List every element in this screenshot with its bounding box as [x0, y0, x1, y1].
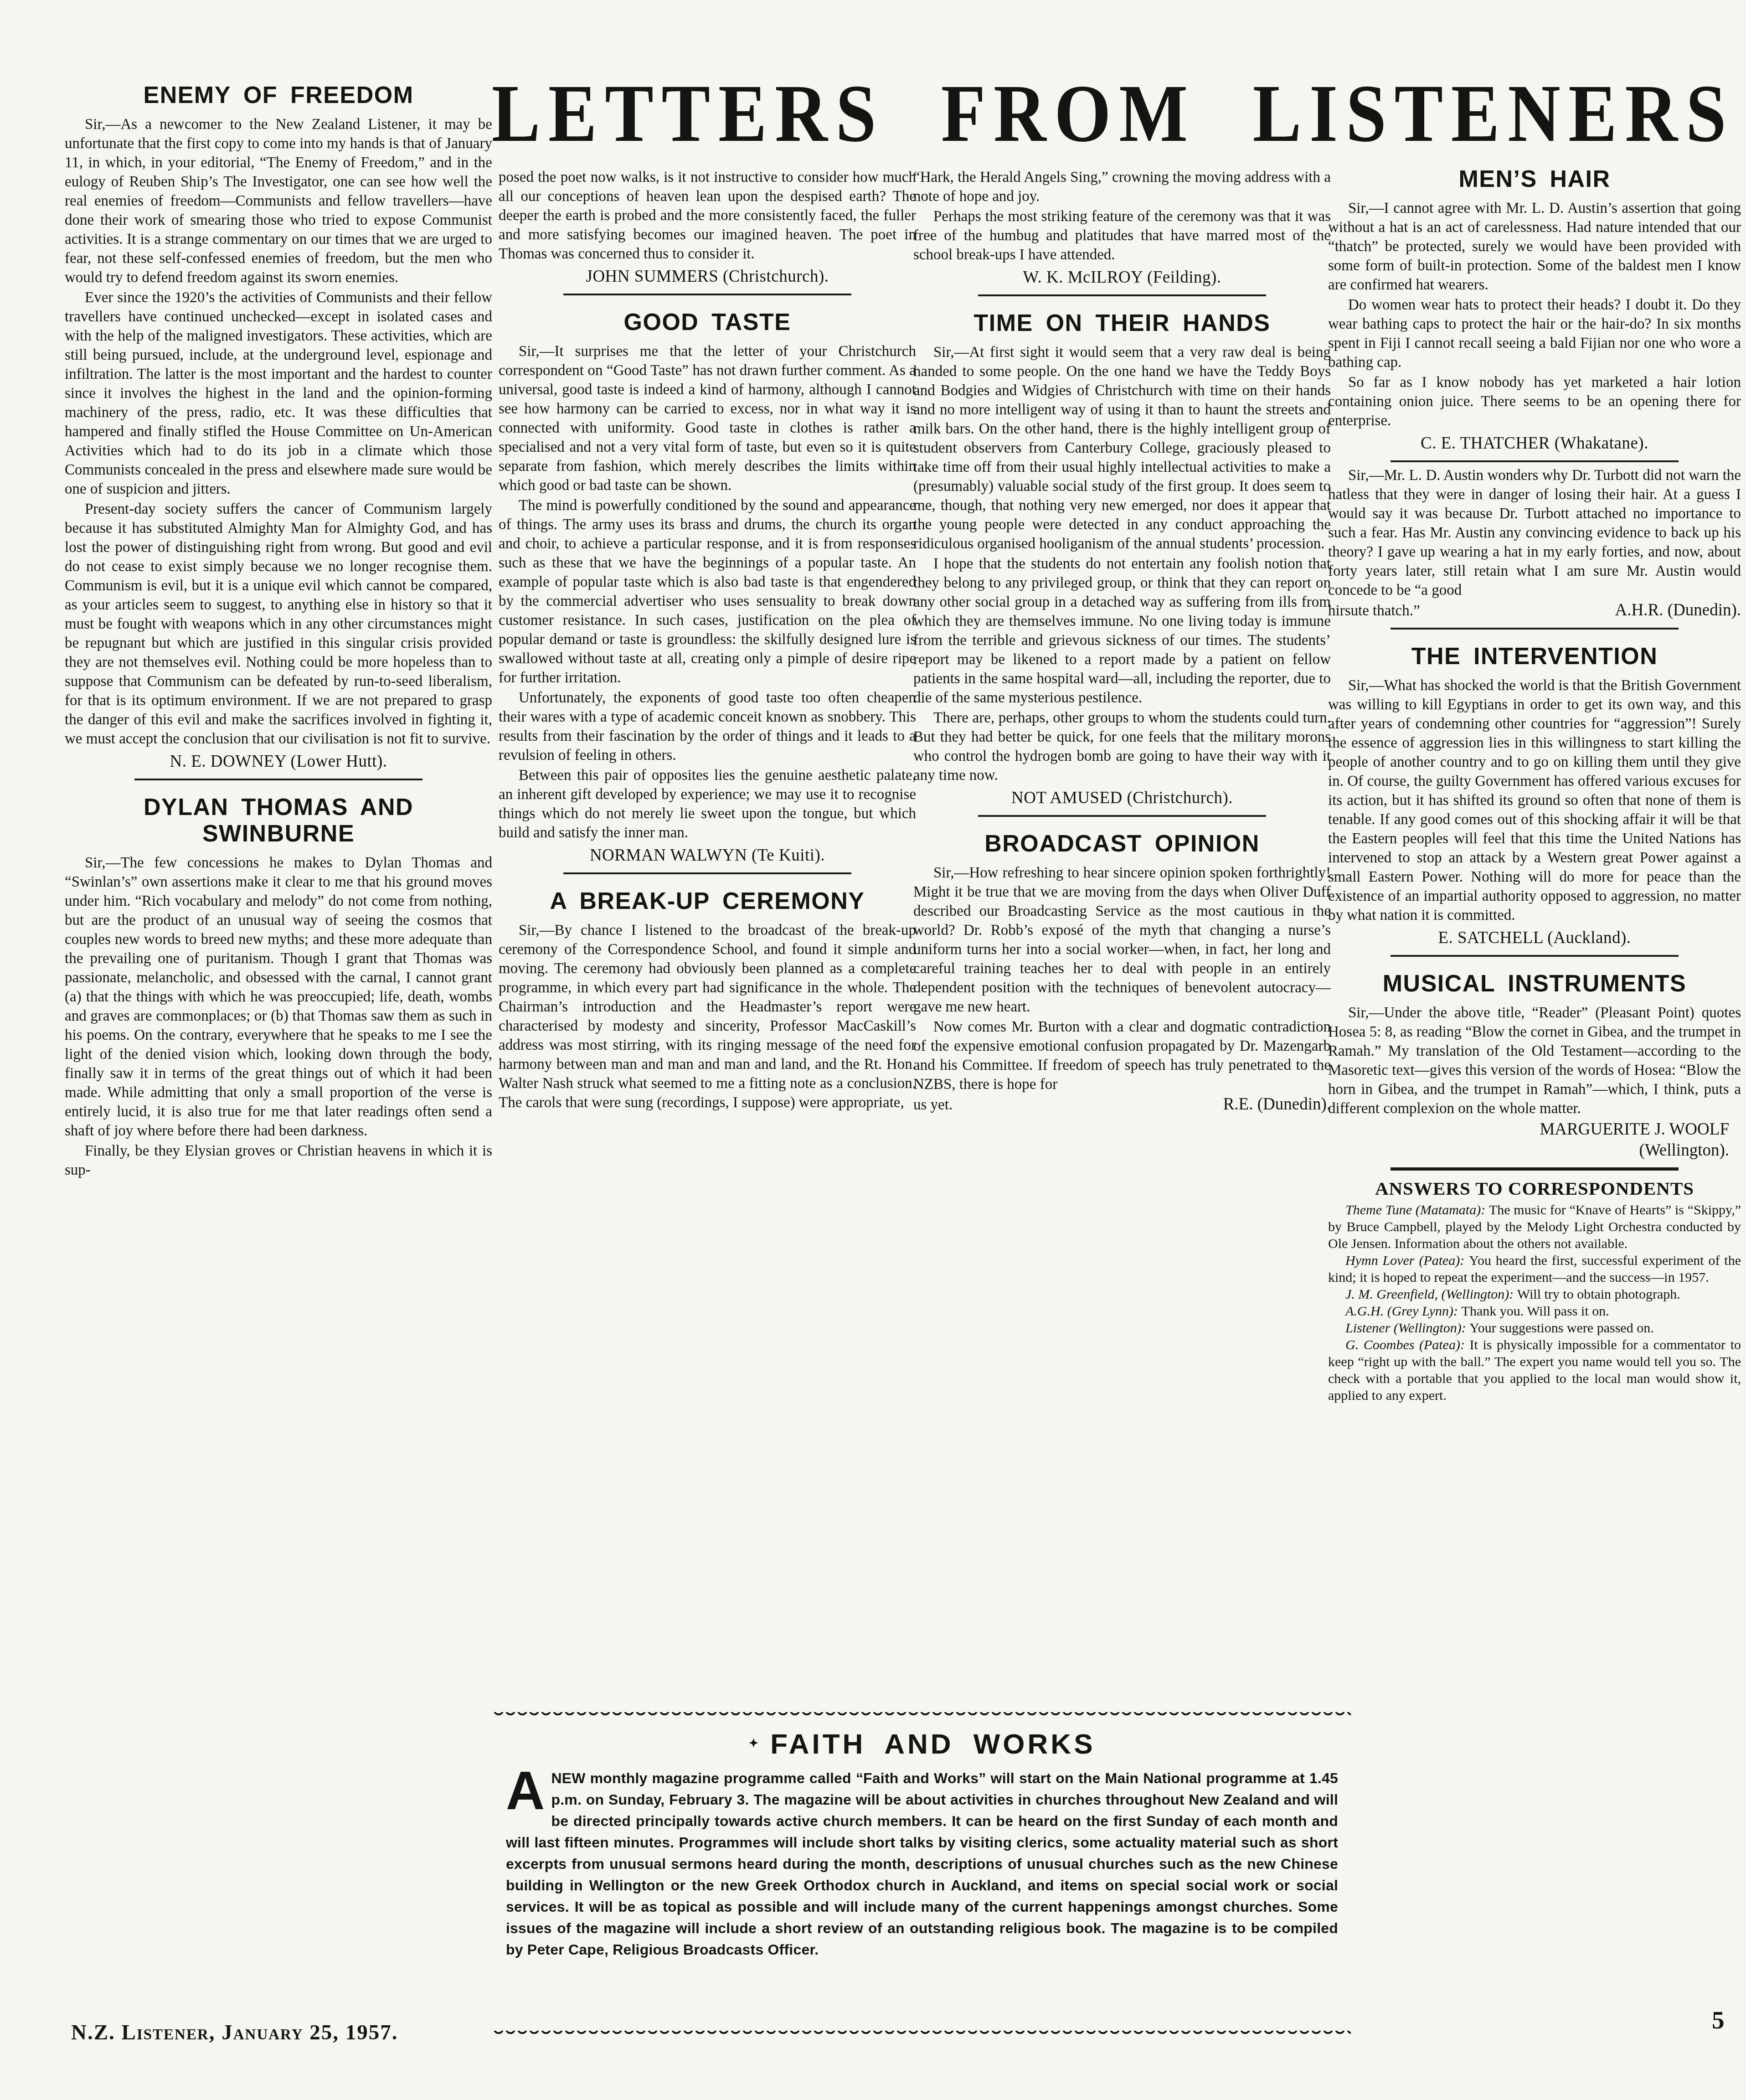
letter-heading: THE INTERVENTION	[1328, 643, 1741, 670]
letter-paragraph: Present-day society suffers the cancer o…	[65, 500, 492, 748]
faith-body: ANEW monthly magazine programme called “…	[506, 1768, 1338, 1961]
answer-correspondent: G. Coombes (Patea):	[1345, 1337, 1469, 1352]
letter-signature: E. SATCHELL (Auckland).	[1328, 929, 1741, 948]
section-rule	[1391, 460, 1679, 462]
letter-paragraph: Perhaps the most striking feature of the…	[913, 207, 1331, 264]
section-rule	[563, 294, 851, 295]
section-rule	[134, 779, 422, 780]
answer-correspondent: J. M. Greenfield, (Wellington):	[1345, 1287, 1517, 1302]
answer-text: Thank you. Will pass it on.	[1462, 1304, 1609, 1319]
letter-heading: DYLAN THOMAS AND SWINBURNE	[65, 794, 492, 847]
answer-correspondent: A.G.H. (Grey Lynn):	[1345, 1304, 1462, 1319]
letter-signature: N. E. DOWNEY (Lower Hutt).	[65, 752, 492, 771]
letter-signature: JOHN SUMMERS (Christchurch).	[499, 267, 916, 286]
letter-paragraph-continued: posed the poet now walks, is it not inst…	[499, 168, 916, 263]
footer-issue-line: N.Z. Listener, January 25, 1957.	[71, 2020, 398, 2045]
letter-broadcast-opinion: BROADCAST OPINION Sir,—How refreshing to…	[913, 831, 1331, 1114]
answer-item: A.G.H. (Grey Lynn): Thank you. Will pass…	[1328, 1303, 1741, 1320]
letter-signature: NORMAN WALWYN (Te Kuiti).	[499, 846, 916, 865]
faith-dropcap: A	[506, 1768, 551, 1811]
page-title: LETTERS FROM LISTENERS	[484, 67, 1742, 170]
answer-item: Hymn Lover (Patea): You heard the first,…	[1328, 1252, 1741, 1286]
letter-heading: MUSICAL INSTRUMENTS	[1328, 970, 1741, 997]
answer-text: Will try to obtain photograph.	[1517, 1287, 1680, 1302]
answer-item: Listener (Wellington): Your suggestions …	[1328, 1320, 1741, 1336]
letter-paragraph: Sir,—By chance I listened to the broadca…	[499, 921, 916, 1112]
answer-item: G. Coombes (Patea): It is physically imp…	[1328, 1336, 1741, 1404]
ornament-icon: ✦	[748, 1736, 758, 1750]
letter-paragraph: Sir,—What has shocked the world is that …	[1328, 676, 1741, 925]
section-rule	[1391, 955, 1679, 957]
letter-signature: A.H.R. (Dunedin).	[1615, 601, 1741, 620]
letter-heading: BROADCAST OPINION	[913, 831, 1331, 857]
letter-paragraph: Sir,—The few concessions he makes to Dyl…	[65, 853, 492, 1140]
paragraph-last-line: us yet.	[913, 1095, 953, 1114]
letter-heading: GOOD TASTE	[499, 309, 916, 335]
letter-enemy-of-freedom: ENEMY OF FREEDOM Sir,—As a newcomer to t…	[65, 82, 492, 780]
section-rule	[1391, 628, 1679, 629]
newspaper-page: LETTERS FROM LISTENERS ENEMY OF FREEDOM …	[0, 0, 1746, 2100]
letter-heading: A BREAK-UP CEREMONY	[499, 888, 916, 914]
section-rule	[1391, 1167, 1679, 1171]
answer-correspondent: Listener (Wellington):	[1345, 1321, 1469, 1336]
column-3: “Hark, the Herald Angels Sing,” crowning…	[913, 168, 1331, 1703]
letter-paragraph: I hope that the students do not entertai…	[913, 554, 1331, 707]
page-number: 5	[1712, 2006, 1725, 2034]
letter-paragraph: Sir,—How refreshing to hear sincere opin…	[913, 863, 1331, 1016]
letter-signature: MARGUERITE J. WOOLF	[1328, 1120, 1729, 1139]
faith-title: FAITH AND WORKS	[770, 1729, 1095, 1760]
letter-signature: R.E. (Dunedin).	[1223, 1095, 1331, 1114]
letter-heading-line: SWINBURNE	[202, 820, 355, 847]
letter-paragraph: Sir,—It surprises me that the letter of …	[499, 342, 916, 495]
answers-heading: ANSWERS TO CORRESPONDENTS	[1328, 1179, 1741, 1198]
answer-correspondent: Theme Tune (Matamata):	[1345, 1202, 1489, 1218]
letter-heading: TIME ON THEIR HANDS	[913, 310, 1331, 336]
letter-paragraph: Now comes Mr. Burton with a clear and do…	[913, 1017, 1331, 1094]
letter-signature: (Wellington).	[1328, 1141, 1729, 1160]
section-rule	[978, 815, 1266, 817]
letter-paragraph: Ever since the 1920’s the activities of …	[65, 288, 492, 499]
letter-heading: ENEMY OF FREEDOM	[65, 82, 492, 108]
letter-signature: W. K. McILROY (Feilding).	[913, 268, 1331, 287]
answer-item: Theme Tune (Matamata): The music for “Kn…	[1328, 1202, 1741, 1252]
section-rule	[978, 294, 1266, 296]
letter-heading-line: DYLAN THOMAS AND	[144, 794, 413, 820]
answers-to-correspondents: ANSWERS TO CORRESPONDENTS Theme Tune (Ma…	[1328, 1179, 1741, 1404]
signature-line: us yet. R.E. (Dunedin).	[913, 1095, 1331, 1114]
signature-line: hirsute thatch.” A.H.R. (Dunedin).	[1328, 601, 1741, 620]
letter-paragraph-continued: “Hark, the Herald Angels Sing,” crowning…	[913, 168, 1331, 206]
letter-musical-instruments: MUSICAL INSTRUMENTS Sir,—Under the above…	[1328, 970, 1741, 1171]
section-rule	[563, 872, 851, 874]
faith-and-works-box: ✦FAITH AND WORKS ANEW monthly magazine p…	[493, 1712, 1351, 2038]
letter-signature: C. E. THATCHER (Whakatane).	[1328, 434, 1741, 453]
answer-text: Your suggestions were passed on.	[1469, 1321, 1653, 1336]
wavy-rule-top	[493, 1712, 1351, 1718]
letter-paragraph: Sir,—As a newcomer to the New Zealand Li…	[65, 115, 492, 287]
column-1: ENEMY OF FREEDOM Sir,—As a newcomer to t…	[65, 81, 492, 2009]
letter-paragraph: Unfortunately, the exponents of good tas…	[499, 688, 916, 765]
letter-paragraph: Do women wear hats to protect their head…	[1328, 295, 1741, 372]
letter-paragraph: The mind is powerfully conditioned by th…	[499, 496, 916, 687]
faith-heading: ✦FAITH AND WORKS	[493, 1727, 1351, 1760]
letter-paragraph: Sir,—At first sight it would seem that a…	[913, 343, 1331, 553]
letter-paragraph: So far as I know nobody has yet marketed…	[1328, 373, 1741, 430]
letter-heading: MEN’S HAIR	[1328, 166, 1741, 192]
wavy-rule-bottom	[493, 2031, 1351, 2037]
letter-good-taste: GOOD TASTE Sir,—It surprises me that the…	[499, 309, 916, 874]
column-4: MEN’S HAIR Sir,—I cannot agree with Mr. …	[1328, 165, 1741, 2018]
letter-paragraph: There are, perhaps, other groups to whom…	[913, 708, 1331, 785]
column-2: posed the poet now walks, is it not inst…	[499, 168, 916, 1703]
letter-paragraph: Sir,—I cannot agree with Mr. L. D. Austi…	[1328, 199, 1741, 294]
answer-item: J. M. Greenfield, (Wellington): Will try…	[1328, 1286, 1741, 1303]
letter-the-intervention: THE INTERVENTION Sir,—What has shocked t…	[1328, 643, 1741, 957]
letter-signature: NOT AMUSED (Christchurch).	[913, 789, 1331, 808]
letter-dylan-thomas: DYLAN THOMAS AND SWINBURNE Sir,—The few …	[65, 794, 492, 1180]
letter-time-on-their-hands: TIME ON THEIR HANDS Sir,—At first sight …	[913, 310, 1331, 817]
faith-text: NEW monthly magazine programme called “F…	[506, 1770, 1338, 1958]
letter-paragraph: Sir,—Mr. L. D. Austin wonders why Dr. Tu…	[1328, 466, 1741, 600]
letter-break-up-ceremony: A BREAK-UP CEREMONY Sir,—By chance I lis…	[499, 888, 916, 1112]
letter-paragraph: Sir,—Under the above title, “Reader” (Pl…	[1328, 1003, 1741, 1118]
letter-hatless-reply: Sir,—Mr. L. D. Austin wonders why Dr. Tu…	[1328, 466, 1741, 629]
paragraph-last-line: hirsute thatch.”	[1328, 601, 1420, 620]
letter-paragraph: Finally, be they Elysian groves or Chris…	[65, 1141, 492, 1180]
letter-paragraph: Between this pair of opposites lies the …	[499, 766, 916, 842]
letter-mens-hair: MEN’S HAIR Sir,—I cannot agree with Mr. …	[1328, 166, 1741, 462]
answer-correspondent: Hymn Lover (Patea):	[1345, 1253, 1469, 1268]
